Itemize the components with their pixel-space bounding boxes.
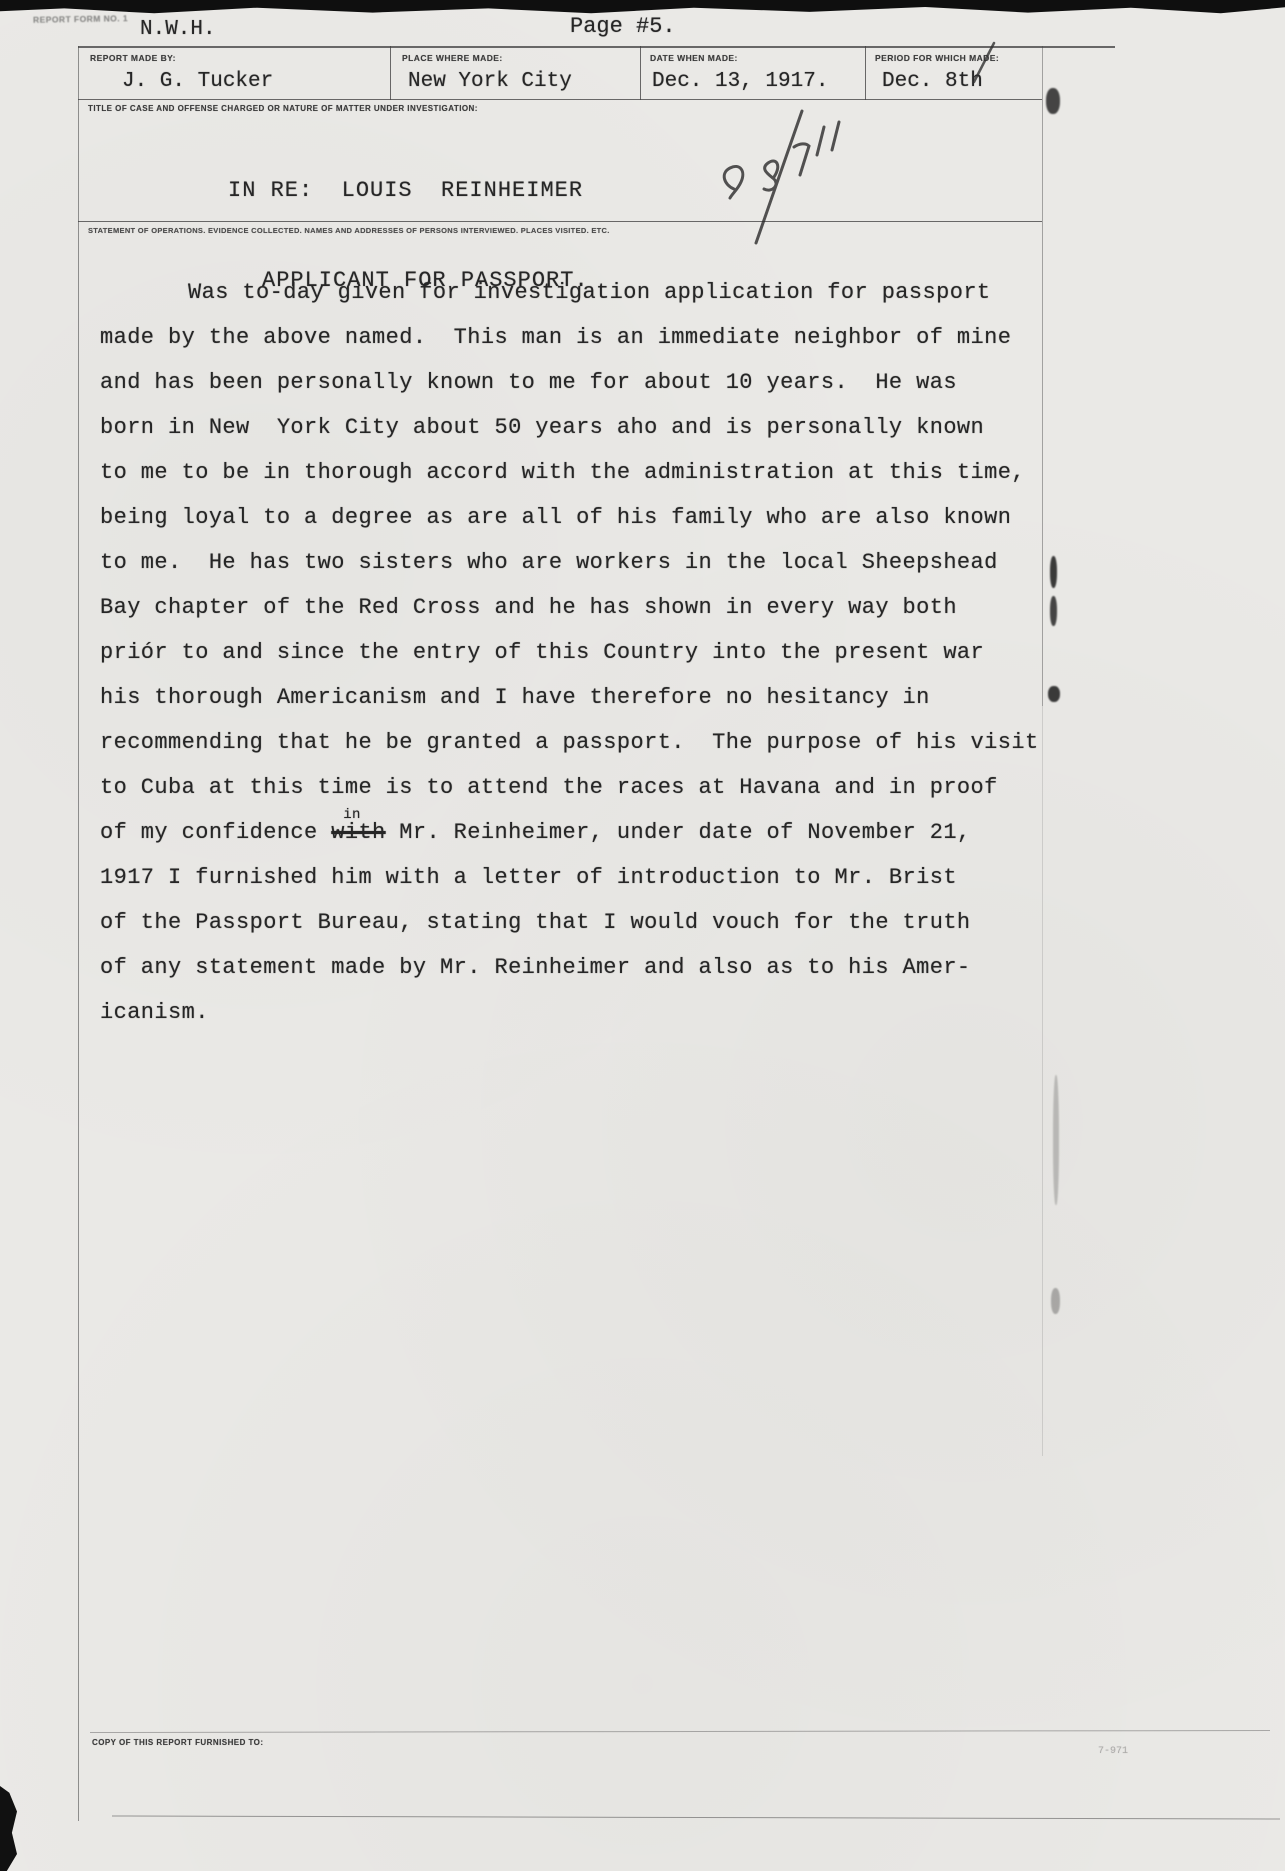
overstrike-post: Mr. Reinheimer, under date of November 2… — [386, 820, 971, 845]
ink-smudge — [1046, 88, 1060, 114]
case-title-label: TITLE OF CASE AND OFFENSE CHARGED OR NAT… — [88, 104, 478, 113]
form-rule-left — [78, 46, 79, 1821]
body-line-overstrike: of my confidence inwith Mr. Reinheimer, … — [100, 810, 1060, 855]
body-line: to me. He has two sisters who are worker… — [100, 540, 1060, 585]
ink-smudge — [1053, 1075, 1059, 1205]
body-line: born in New York City about 50 years aho… — [100, 405, 1060, 450]
ink-smudge — [1051, 1288, 1060, 1314]
body-line: his thorough Americanism and I have ther… — [100, 675, 1060, 720]
body-line: icanism. — [100, 990, 1060, 1035]
form-code: 7-971 — [1098, 1746, 1128, 1757]
place-where-made-value: New York City — [408, 70, 572, 93]
body-line: priór to and since the entry of this Cou… — [100, 630, 1060, 675]
form-rule-sep3 — [865, 46, 866, 100]
ink-smudge — [1048, 686, 1060, 702]
overstruck-word: inwith — [331, 810, 385, 855]
handwritten-notation — [690, 95, 910, 255]
ink-smudge — [1050, 596, 1057, 626]
form-number: REPORT FORM NO. 1 — [33, 13, 128, 25]
body-line: Was to-day given for investigation appli… — [100, 270, 1060, 315]
agent-initials: N.W.H. — [140, 18, 216, 41]
place-where-made-label: PLACE WHERE MADE: — [402, 53, 503, 63]
ink-smudge — [1050, 556, 1057, 588]
body-line: being loyal to a degree as are all of hi… — [100, 495, 1060, 540]
form-rule-top — [78, 46, 1115, 48]
body-line: Bay chapter of the Red Cross and he has … — [100, 585, 1060, 630]
scan-edge-top — [0, 0, 1285, 14]
body-line: to me to be in thorough accord with the … — [100, 450, 1060, 495]
form-rule-sep1 — [390, 46, 391, 100]
body-line: made by the above named. This man is an … — [100, 315, 1060, 360]
overstrike-correction: in — [343, 808, 361, 822]
report-made-by-value: J. G. Tucker — [122, 70, 273, 93]
handwritten-slash — [963, 38, 1003, 86]
report-body: Was to-day given for investigation appli… — [100, 270, 1060, 1035]
body-line: recommending that he be granted a passpo… — [100, 720, 1060, 765]
date-when-made-label: DATE WHEN MADE: — [650, 53, 738, 63]
date-when-made-value: Dec. 13, 1917. — [652, 70, 828, 93]
overstrike-struck: with — [331, 820, 385, 845]
overstrike-pre: of my confidence — [100, 820, 331, 845]
report-made-by-label: REPORT MADE BY: — [90, 53, 176, 63]
copy-furnished-label: COPY OF THIS REPORT FURNISHED TO: — [92, 1738, 263, 1747]
scan-blotch-bottom-left — [0, 1786, 17, 1871]
body-line: of any statement made by Mr. Reinheimer … — [100, 945, 1060, 990]
body-line: to Cuba at this time is to attend the ra… — [100, 765, 1060, 810]
body-line: of the Passport Bureau, stating that I w… — [100, 900, 1060, 945]
body-line: 1917 I furnished him with a letter of in… — [100, 855, 1060, 900]
page-label: Page #5. — [570, 14, 676, 39]
statement-label: STATEMENT OF OPERATIONS. EVIDENCE COLLEC… — [88, 226, 610, 235]
case-title-line1: IN RE: LOUIS REINHEIMER — [228, 176, 589, 206]
form-rule-bottom — [112, 1815, 1280, 1819]
form-rule-sep2 — [640, 46, 641, 100]
document-page: REPORT FORM NO. 1 N.W.H. Page #5. REPORT… — [0, 0, 1285, 1871]
body-line: and has been personally known to me for … — [100, 360, 1060, 405]
form-rule-footer — [90, 1730, 1270, 1733]
